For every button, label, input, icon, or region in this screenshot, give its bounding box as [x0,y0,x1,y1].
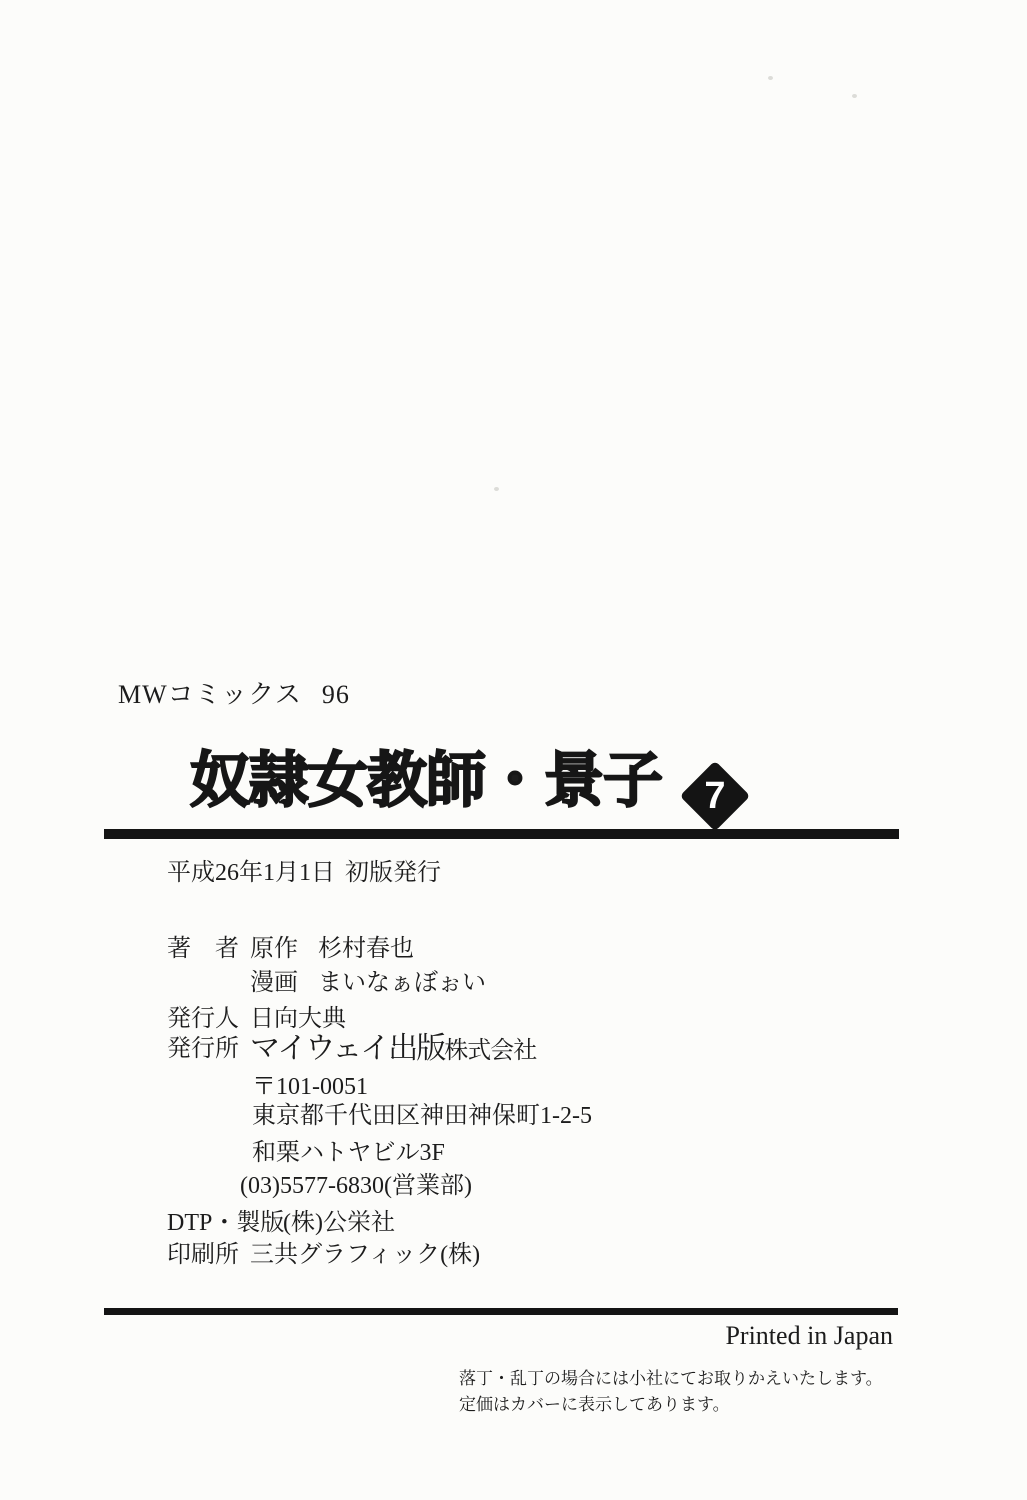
footer-note-returns: 落丁・乱丁の場合には小社にてお取りかえいたします。 [459,1368,883,1390]
printed-in-japan: Printed in Japan [0,1321,893,1351]
printer-name: 三共グラフィック(株) [250,1240,480,1270]
postal-code: 〒101-0051 [252,1072,368,1102]
address-line-1: 東京都千代田区神田神保町1-2-5 [252,1101,592,1131]
volume-number: 7 [690,771,740,821]
printer-label: 印刷所 [167,1240,239,1270]
publisher-person-name: 日向大典 [250,1004,346,1034]
colophon-page: MWコミックス96 奴隷女教師・景子 7 平成26年1月1日 初版発行 著 者 … [0,0,1027,1500]
publisher-label: 発行所 [167,1034,239,1064]
series-label: MWコミックス [118,680,302,709]
phone-number: (03)5577-6830(営業部) [240,1171,472,1201]
postal-code-row: 〒101-0051 [0,1072,1027,1104]
address-row-2: 和栗ハトヤビル3F [0,1138,1027,1170]
manga-name: まいなぁぼぉい [318,970,486,996]
title-divider [104,829,899,839]
author-row: 著 者 原作杉村春也 [0,934,1027,966]
edition-label: 初版発行 [345,858,441,888]
address-line-2: 和栗ハトヤビル3F [252,1138,445,1168]
publisher-row: 発行所 マイウェイ出版株式会社 [0,1034,1027,1066]
author-label: 著 者 [167,934,239,964]
author-original: 原作杉村春也 [250,934,414,964]
issue-date: 平成26年1月1日 [167,858,335,888]
dtp-row: DTP・製版 (株)公栄社 [0,1208,1027,1240]
scan-speck [494,487,499,491]
footer-divider [104,1308,898,1315]
publisher-suffix: 株式会社 [444,1038,536,1064]
dtp-name: (株)公栄社 [283,1208,395,1238]
series-line: MWコミックス96 [118,674,350,711]
phone-row: (03)5577-6830(営業部) [0,1171,1027,1203]
author-manga: 漫画まいなぁぼぉい [250,968,486,998]
publisher-name: マイウェイ出版 [250,1032,444,1065]
dtp-label: DTP・製版 [167,1208,284,1238]
volume-badge: 7 [680,761,751,832]
publisher-person-label: 発行人 [167,1004,239,1034]
address-row-1: 東京都千代田区神田神保町1-2-5 [0,1101,1027,1133]
original-name: 杉村春也 [318,936,414,962]
scan-speck [852,94,857,98]
publisher-name-group: マイウェイ出版株式会社 [250,1034,536,1066]
manga-artist-row: 漫画まいなぁぼぉい [0,968,1027,1000]
printer-row: 印刷所 三共グラフィック(株) [0,1240,1027,1272]
book-title: 奴隷女教師・景子 [190,747,662,814]
original-role: 原作 [250,936,298,962]
publisher-person-row: 発行人 日向大典 [0,1004,1027,1036]
manga-role: 漫画 [250,970,298,996]
footer-note-price: 定価はカバーに表示してあります。 [459,1394,730,1416]
title-row: 奴隷女教師・景子 [190,747,662,815]
series-number: 96 [322,680,350,709]
scan-speck [768,76,773,80]
issue-date-row: 平成26年1月1日 初版発行 [0,858,1027,890]
